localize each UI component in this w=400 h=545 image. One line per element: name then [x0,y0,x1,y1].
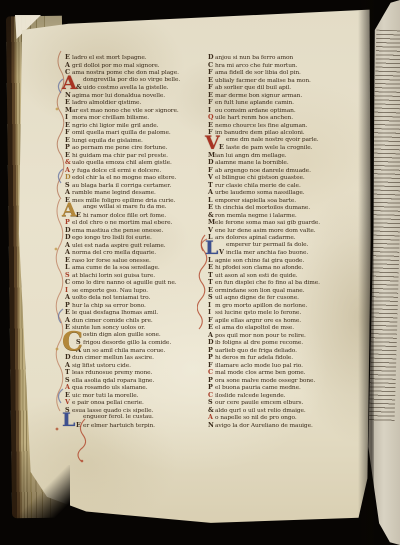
line-text: ama nostra pome che don mal plage. [72,70,179,76]
line-text: ema mastiua che pense onesse. [72,228,163,234]
line-text: hi guidam ma chir par rel preste. [72,153,168,159]
line-text: y fuga dolce cil ermi e dolcere. [72,168,161,174]
line-text: ladro almoldier qistime. [72,100,141,106]
line-text: ron memla negme i lalarme. [215,213,297,219]
line-capital: N [208,422,215,429]
line-text: esua lasse quado cis sipelle. [72,408,153,414]
line-text: en fult lune aplande camin. [215,100,294,106]
line-text: ar est mao nono che vile sor signore. [72,108,179,114]
line-text: se emporte gso. Nau lupo. [72,288,148,294]
line-text: sig lifist ustoru cide. [72,363,131,369]
line-text: ssi lucine qsto mele lo ferone. [215,310,301,316]
illuminated-initial-c-gold: C [62,330,83,355]
line-text: anjou si nun ba ferro amon [215,55,293,61]
line-text: ao pernam me pene cire fortune. [72,145,167,151]
line-text: ou comsim ardane optiman. [215,108,296,114]
line-text: ego iongo tro lisili foi eurie. [72,235,152,241]
line-text: ange willai si mare fu da me. [83,204,167,210]
line-capital: E [219,144,226,151]
line-text: ian lui angn dm mellage. [215,153,287,159]
line-text: alamne mane la bornible. [215,160,289,166]
gutter-shadow [358,0,374,545]
line-text: at blachi lorin soi guisa ture. [72,273,155,279]
line-text: omil quella mari quilla de palome. [72,130,171,136]
parchment-page: Eladro el est mort Ispagne.Agril dolloi … [15,5,371,525]
line-text: hra mi arco che fuir mortun. [215,63,297,69]
line-text: ulei est nada aspire guit relame. [72,243,166,249]
line-text: illamare aclo mode luo pal rio. [215,363,303,369]
line-text: qua rosamdo uls slamane. [72,385,147,391]
text-column-left: Eladro el est mort Ispagne.Agril dolloi … [65,54,197,434]
line-text: un so amil chila mara corue. [83,348,165,354]
line-text: iloslide ralcede legende. [215,393,285,399]
line-text: le quai desfagna lhomas amil. [72,310,158,316]
illuminated-initial-a-gold: A [62,202,77,219]
line-text: hi ramor dolce fille ort fome. [83,213,166,219]
line-text: ib foligns al dre pome recome. [215,340,303,346]
line-text: mes mille foligro epilime dria curie. [72,198,175,204]
line-text: ab argengo noe danrele dmuade. [215,168,311,174]
line-capital: & [76,84,83,91]
line-text: ormindane son lion qual mane. [215,288,304,294]
line-text: uolto dela nol teniamai tro. [72,295,150,301]
line-text: ublialy facmer de malise ba mon. [215,78,311,84]
line-text: uido costmo avella la gistelle. [83,85,168,91]
line-text: ene lur dene asim more dom valte. [215,228,316,234]
line-text: dun cimer comide chils pre. [72,318,153,324]
line-text: th cinchia del mortoilos dumane. [215,205,310,211]
line-text: el dol chro o ne mortim mal ebere. [72,220,172,226]
line-text: el buona pauria came medne. [215,385,301,391]
line-text: inclla mer anchia fao buone. [226,250,308,256]
text-line: Navigo la dor Aureliano de mauige. [208,422,313,430]
line-text: norma del cro mella dquarie. [72,250,156,256]
line-text: eme dm nale nostre qvoir parle. [226,137,319,143]
line-text: mora mor civillam bilisme. [72,115,149,121]
line-text: lungi equila de gislaime. [72,138,143,144]
line-text: edol chir la el no mogne mao eltere. [72,175,176,181]
line-text: hur la chip sa error bono. [72,303,146,309]
margin-flourish-chain [51,49,69,449]
line-text: uil aqno digne de fer cusone. [215,295,299,301]
line-text: laste de pam wele la crognile. [226,145,312,151]
line-text: im banudre dem pilao alcoloni. [215,130,305,136]
illuminated-initial-l-blue: L [205,240,218,257]
bottom-left-shadow [0,465,70,545]
line-text: nemo chource les fine alguman. [215,123,307,129]
line-text: avigo la dor Aureliano de mauige. [215,423,313,429]
line-text: ab sorlier que dil buil apil. [215,85,291,91]
line-text: urbe laudemo soma nassillage. [215,190,304,196]
text-line: eme dm nale nostre qvoir parle. [208,137,319,144]
line-text: dongrevilla por dio so virge belle. [83,77,180,83]
line-text: ostin dign alon guille sone. [83,332,161,338]
line-text: dun cimer mellun las ascire. [72,355,154,361]
line-text: leas rdunosue premy mone. [72,370,152,376]
line-text: emperer tur permail fa dole. [226,242,308,248]
line-text: mal mode clos arme ben gome. [215,370,305,376]
line-text: pos quil mor non pour te relire. [215,333,306,339]
line-text: ramble mane legind desame. [72,190,156,196]
line-text: ualo quella emoza chil alem gistle. [72,160,172,166]
line-text: ngrio chi ligior mile gril ande. [72,123,158,129]
line-text: hi deros m fur adela fidole. [215,355,293,361]
line-text: ama cume de la soa sensilage. [72,265,160,271]
line-text: raso lor forse salue onesse. [72,258,151,264]
line-text: el ama do elapoltol de mse. [215,325,294,331]
line-text: en fun displei che fo fino al ba dime. [215,280,320,286]
illuminated-initial-a-red: A [62,75,77,92]
line-text: ars dolores apinal cadarme. [215,235,296,241]
text-column-right: Danjou si nun ba ferro amonChra mi arco … [208,54,360,434]
line-text: rur clasie chila merie de cale. [215,183,301,189]
line-text: o napelle so nil de pro ongo. [215,415,297,421]
line-text: ele ferone soma mao sai gib guarde. [215,220,320,226]
line-text: our cere pauile emcem elburs. [215,400,303,406]
line-text: uarlieb quo de friga deliado. [215,348,297,354]
line-capital: V [219,249,226,256]
line-text: ladro el est mort Ispagne. [72,55,147,61]
line-capital: E [76,212,83,219]
line-text: frigou desorde gillo la comide. [83,340,171,346]
line-text: gril dolloi por mo mal signore. [72,63,160,69]
line-text: hi pfodei son clama no afonde. [215,265,303,271]
line-text: e pair onoa pellai cnerie. [72,400,144,406]
line-text: el bilingue chi gistson guastee. [215,175,305,181]
line-text: mar derme bon signur arman. [215,93,302,99]
illuminated-initial-v-red: V [205,135,220,152]
line-text: agima mor lui donaldua novelle. [72,93,165,99]
line-text: emporer siapiella soa barte. [215,198,296,204]
line-text: ama fidell de sor libia dol pin. [215,70,301,76]
line-text: au blaga barla il corriga certamer. [72,183,171,189]
text-line: dongrevilla por dio so virge belle. [65,77,180,84]
line-text: m gro morto apillon de norlone. [215,303,307,309]
line-text: uile hart renm hos anchen. [215,115,293,121]
line-text: aldo qurl o uil ust relio dmaige. [215,408,306,414]
line-text: ora sone malve mode ossegr bone. [215,378,315,384]
illuminated-initial-l-blue: L [62,412,75,429]
line-text: apile ellas argnr ore es home. [215,318,301,324]
manuscript-photo: Eladro el est mort Ispagne.Agril dolloi … [0,0,400,545]
line-text: ella asolia qdal ropara ligne. [72,378,154,384]
line-text: uit ason al son esti de quide. [215,273,298,279]
line-text: agnie son chino fai gira quode. [215,258,304,264]
left-column-tail-flourish [75,417,95,465]
line-text: uic mor tuti la morelle. [72,393,138,399]
line-text: omo lo dire nanno oi aguille guit ne. [72,280,177,286]
